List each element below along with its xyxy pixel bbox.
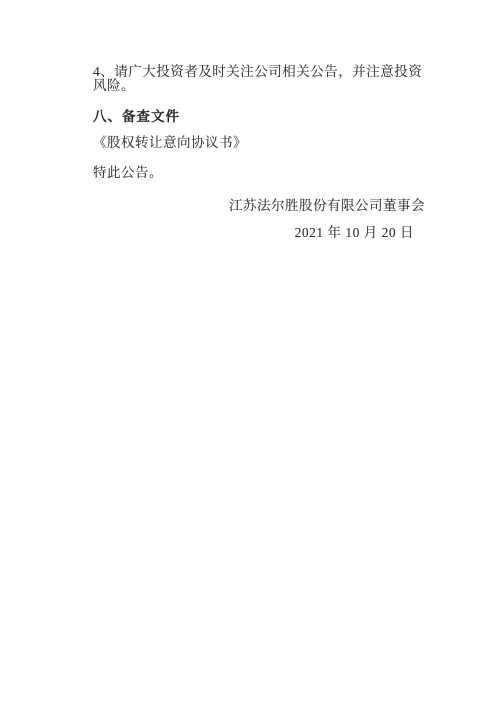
- risk-notice-paragraph: 4、请广大投资者及时关注公司相关公告，并注意投资风险。: [93, 65, 425, 93]
- announcement-date: 2021 年 10 月 20 日: [93, 226, 425, 240]
- section-heading: 八、备查文件: [93, 110, 425, 124]
- closing-statement: 特此公告。: [93, 166, 425, 180]
- company-signature: 江苏法尔胜股份有限公司董事会: [93, 199, 425, 213]
- reference-document-title: 《股权转让意向协议书》: [93, 136, 425, 150]
- document-page: 4、请广大投资者及时关注公司相关公告，并注意投资风险。 八、备查文件 《股权转让…: [0, 0, 500, 706]
- document-content: 4、请广大投资者及时关注公司相关公告，并注意投资风险。 八、备查文件 《股权转让…: [93, 65, 425, 240]
